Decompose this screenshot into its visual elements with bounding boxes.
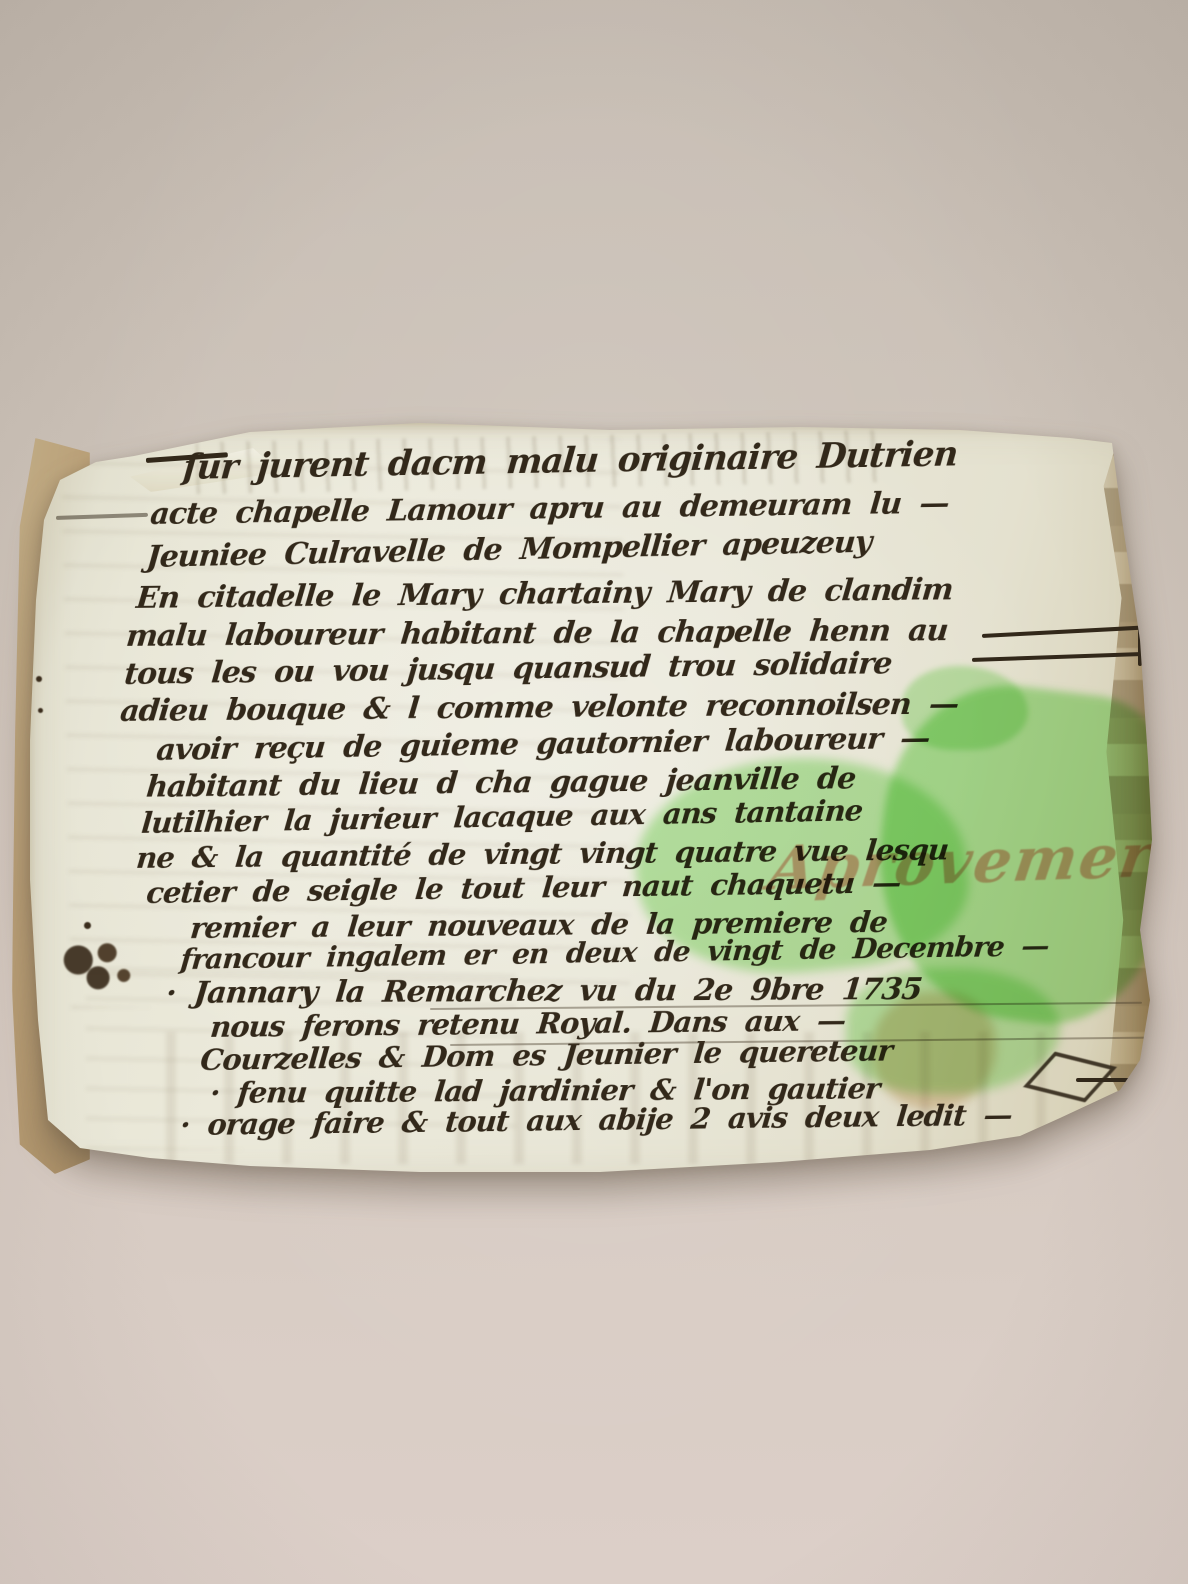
- manuscript-line: En citadelle le Mary chartainy Mary de c…: [135, 572, 955, 616]
- manuscript-line: ſur jurent dacm malu originaire Dutrien: [181, 434, 958, 488]
- rule-tick: [1138, 616, 1142, 666]
- manuscript-sheet-wrap: ſur jurent dacm malu originaire Dutriena…: [26, 420, 1154, 1184]
- paper-sheet: ſur jurent dacm malu originaire Dutriena…: [26, 420, 1154, 1184]
- manuscript-line: Jeuniee Culravelle de Mompellier apeuzeu…: [145, 525, 873, 575]
- ink-dot: [38, 708, 43, 713]
- ink-dot: [36, 676, 42, 682]
- margin-ink-blot: [52, 931, 138, 1003]
- watermark-text: Aprovemere: [764, 819, 1188, 904]
- ink-dot: [84, 922, 91, 929]
- photo-surface: ſur jurent dacm malu originaire Dutriena…: [0, 0, 1188, 1584]
